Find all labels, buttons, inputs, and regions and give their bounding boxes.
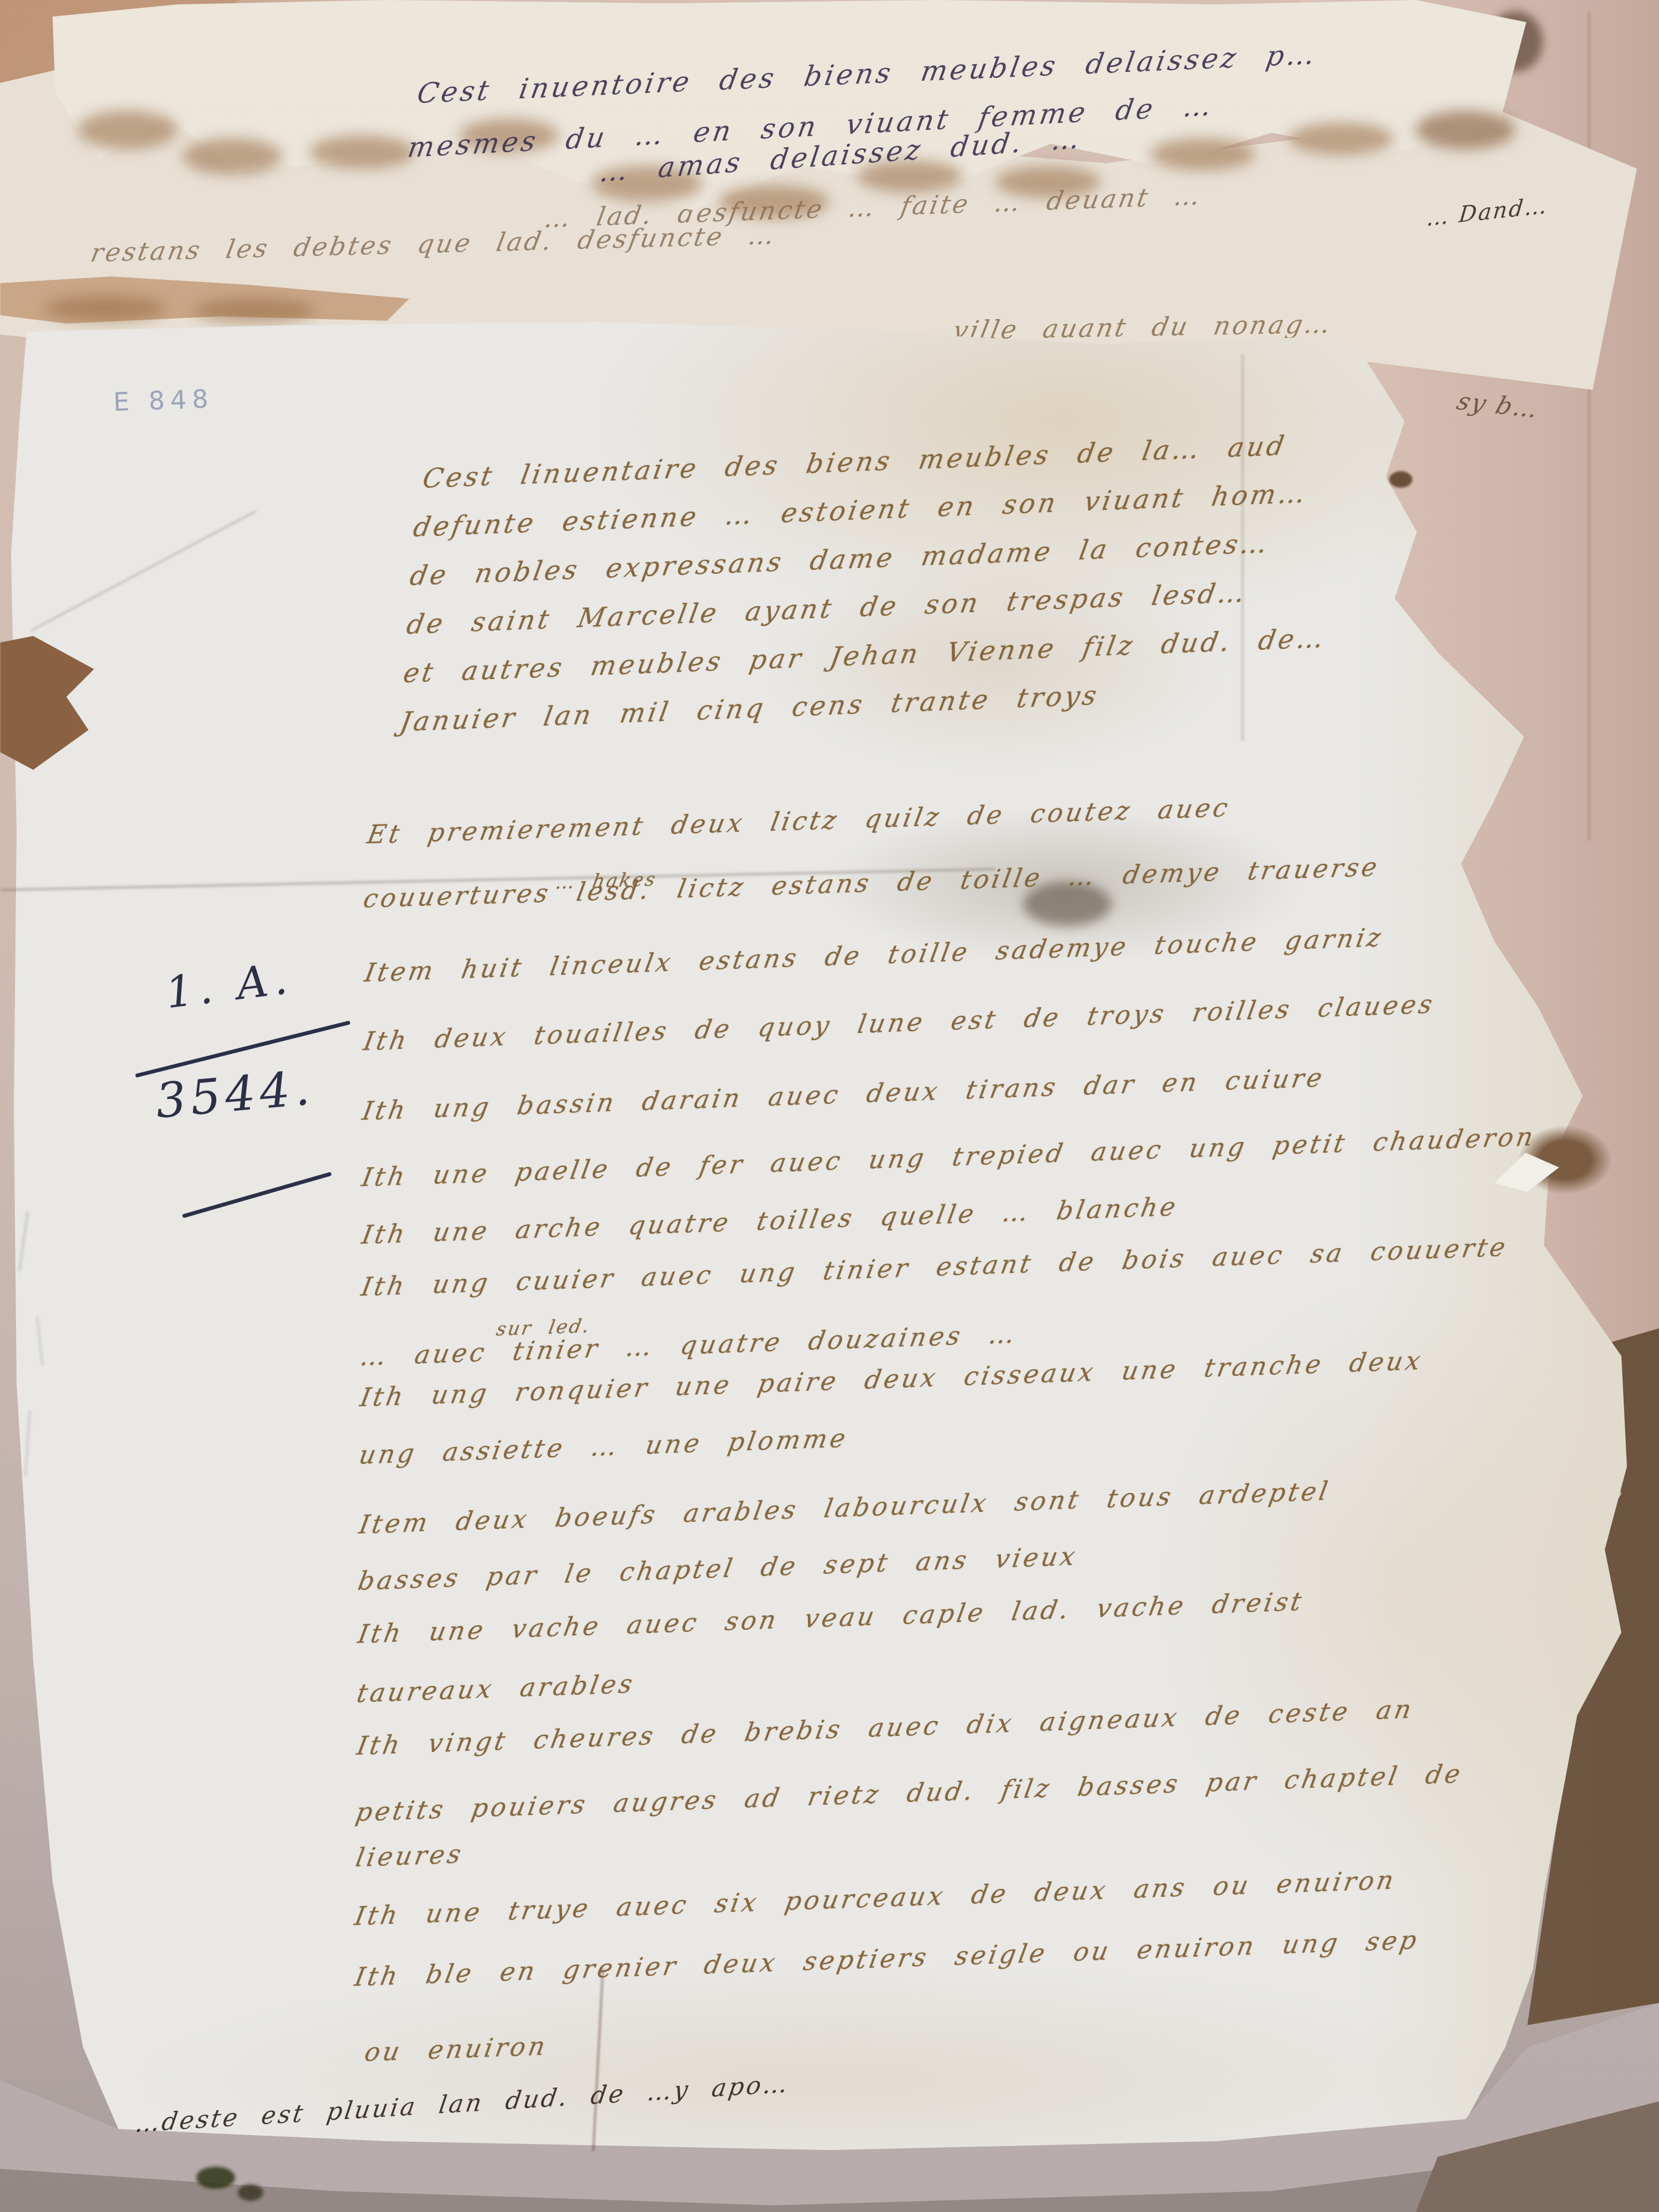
small-hole xyxy=(1389,471,1412,488)
manuscript-photo: … lad. desfuncte … faite … deuant … rest… xyxy=(0,0,1659,2212)
torn-edge-stain xyxy=(1288,123,1394,155)
torn-edge-stain xyxy=(194,299,315,323)
torn-edge-stain xyxy=(1416,111,1515,149)
torn-edge-stain xyxy=(77,111,177,149)
torn-edge-stain xyxy=(995,166,1100,198)
archive-stamp: E 848 xyxy=(113,384,214,417)
torn-edge-stain xyxy=(182,138,282,175)
torn-edge-stain xyxy=(310,135,415,169)
item-line: lieures xyxy=(353,1839,466,1872)
dark-speck xyxy=(196,2167,235,2189)
torn-edge-stain xyxy=(44,296,166,321)
torn-edge-stain xyxy=(719,185,830,218)
dark-speck xyxy=(238,2184,263,2201)
right-crease-line xyxy=(1588,11,1590,841)
torn-edge-stain xyxy=(1150,138,1255,170)
